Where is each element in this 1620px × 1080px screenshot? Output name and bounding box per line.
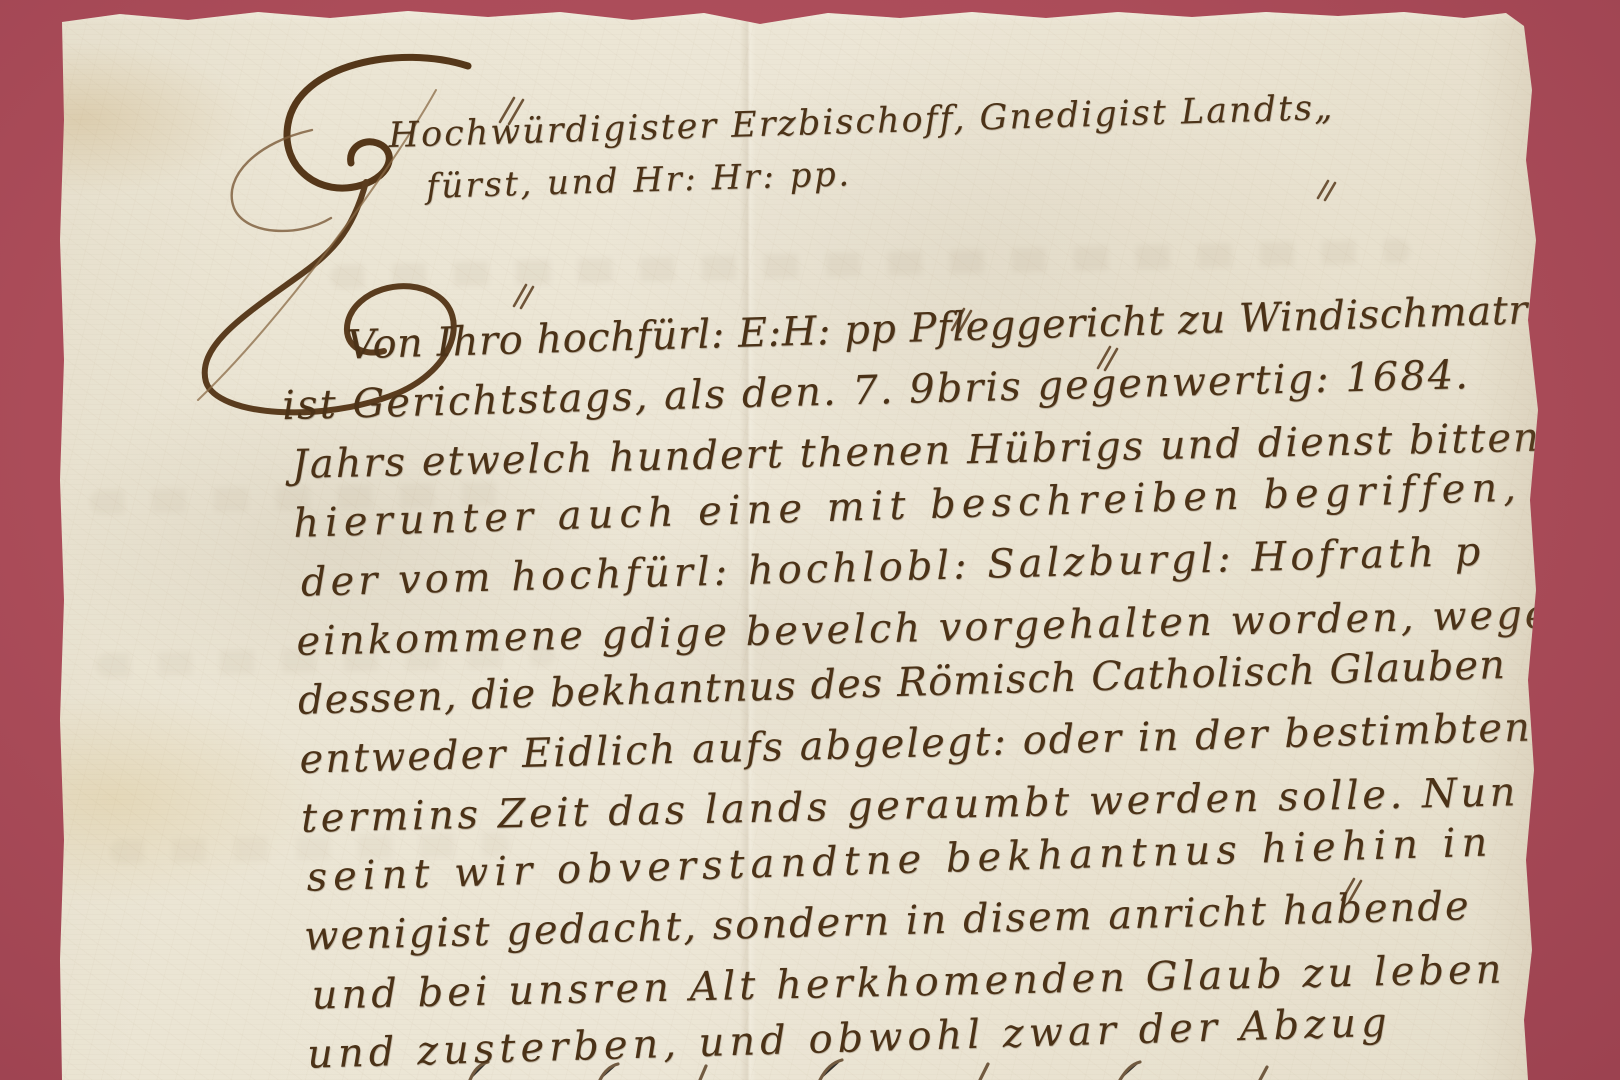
body-text-block: Von Ihro hochfürl: E:H: pp Pfleggericht … — [288, 284, 1602, 1080]
salutation-block: Hochwürdigister Erzbischoff, Gnedigist L… — [388, 88, 1336, 208]
ink-showthrough — [330, 239, 1410, 289]
photo-background-mat: Hochwürdigister Erzbischoff, Gnedigist L… — [0, 0, 1620, 1080]
manuscript-page: Hochwürdigister Erzbischoff, Gnedigist L… — [0, 0, 1620, 1080]
